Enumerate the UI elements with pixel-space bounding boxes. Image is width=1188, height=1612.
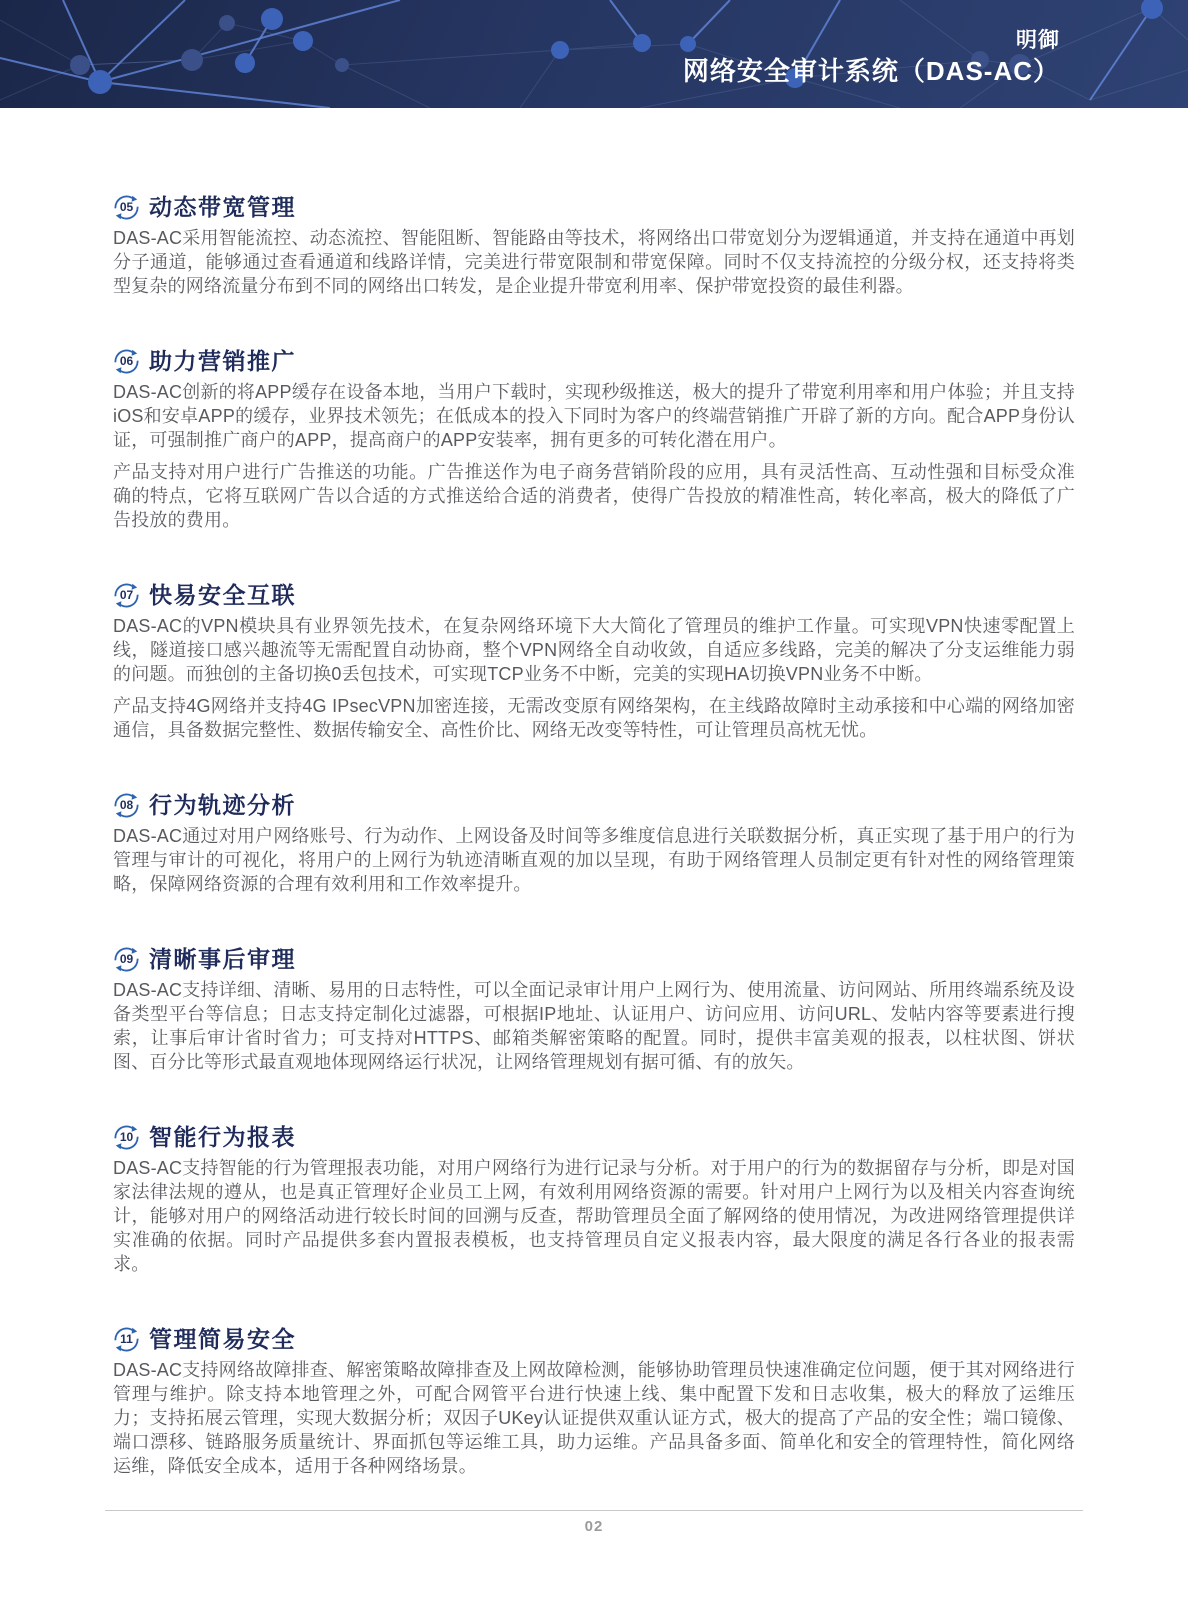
section-paragraph: DAS-AC支持智能的行为管理报表功能，对用户网络行为进行记录与分析。对于用户的… <box>113 1156 1075 1276</box>
section-paragraph: DAS-AC通过对用户网络账号、行为动作、上网设备及时间等多维度信息进行关联数据… <box>113 824 1075 896</box>
section-title: 智能行为报表 <box>149 1122 296 1152</box>
page-footer: 02 <box>0 1510 1188 1535</box>
section-title: 助力营销推广 <box>149 346 296 376</box>
footer-divider <box>105 1510 1083 1511</box>
section-heading-row: 10 智能行为报表 <box>113 1122 1075 1152</box>
section-paragraph: 产品支持4G网络并支持4G IPsecVPN加密连接，无需改变原有网络架构，在主… <box>113 694 1075 742</box>
section-post-audit: 09 清晰事后审理 DAS-AC支持详细、清晰、易用的日志特性，可以全面记录审计… <box>113 944 1075 1074</box>
section-heading-row: 09 清晰事后审理 <box>113 944 1075 974</box>
section-easy-management: 11 管理简易安全 DAS-AC支持网络故障排查、解密策略故障排查及上网故障检测… <box>113 1324 1075 1478</box>
section-number-badge: 08 <box>113 792 140 819</box>
section-title: 清晰事后审理 <box>149 944 296 974</box>
section-heading-row: 07 快易安全互联 <box>113 580 1075 610</box>
section-number: 07 <box>120 589 133 601</box>
section-number: 11 <box>120 1333 133 1345</box>
section-behavior-trace: 08 行为轨迹分析 DAS-AC通过对用户网络账号、行为动作、上网设备及时间等多… <box>113 790 1075 896</box>
section-number-badge: 09 <box>113 946 140 973</box>
product-title: 网络安全审计系统（DAS-AC） <box>683 54 1060 88</box>
page-header-banner: 明御 网络安全审计系统（DAS-AC） <box>0 0 1188 108</box>
section-paragraph: 产品支持对用户进行广告推送的功能。广告推送作为电子商务营销阶段的应用，具有灵活性… <box>113 460 1075 532</box>
brand-name: 明御 <box>1016 28 1060 54</box>
section-heading-row: 05 动态带宽管理 <box>113 192 1075 222</box>
section-title: 管理简易安全 <box>149 1324 296 1354</box>
header-title-block: 明御 网络安全审计系统（DAS-AC） <box>683 0 1060 108</box>
section-number-badge: 05 <box>113 194 140 221</box>
section-paragraph: DAS-AC支持详细、清晰、易用的日志特性，可以全面记录审计用户上网行为、使用流… <box>113 978 1075 1074</box>
section-number-badge: 10 <box>113 1124 140 1151</box>
content-area: 05 动态带宽管理 DAS-AC采用智能流控、动态流控、智能阻断、智能路由等技术… <box>0 108 1188 1478</box>
section-number-badge: 07 <box>113 582 140 609</box>
section-number: 05 <box>120 201 133 213</box>
section-number-badge: 06 <box>113 348 140 375</box>
section-dynamic-bandwidth: 05 动态带宽管理 DAS-AC采用智能流控、动态流控、智能阻断、智能路由等技术… <box>113 192 1075 298</box>
section-paragraph: DAS-AC支持网络故障排查、解密策略故障排查及上网故障检测，能够协助管理员快速… <box>113 1358 1075 1478</box>
brochure-page: 明御 网络安全审计系统（DAS-AC） 05 <box>0 0 1188 1612</box>
section-heading-row: 06 助力营销推广 <box>113 346 1075 376</box>
section-paragraph: DAS-AC创新的将APP缓存在设备本地，当用户下载时，实现秒级推送，极大的提升… <box>113 380 1075 452</box>
section-number: 09 <box>120 953 133 965</box>
section-marketing-promotion: 06 助力营销推广 DAS-AC创新的将APP缓存在设备本地，当用户下载时，实现… <box>113 346 1075 532</box>
section-number: 08 <box>120 799 133 811</box>
section-number: 06 <box>120 355 133 367</box>
section-secure-interconnect: 07 快易安全互联 DAS-AC的VPN模块具有业界领先技术，在复杂网络环境下大… <box>113 580 1075 742</box>
section-paragraph: DAS-AC的VPN模块具有业界领先技术，在复杂网络环境下大大简化了管理员的维护… <box>113 614 1075 686</box>
section-smart-reports: 10 智能行为报表 DAS-AC支持智能的行为管理报表功能，对用户网络行为进行记… <box>113 1122 1075 1276</box>
section-title: 行为轨迹分析 <box>149 790 296 820</box>
section-number-badge: 11 <box>113 1326 140 1353</box>
section-title: 快易安全互联 <box>149 580 296 610</box>
page-number: 02 <box>0 1518 1188 1535</box>
section-number: 10 <box>120 1131 133 1143</box>
section-heading-row: 11 管理简易安全 <box>113 1324 1075 1354</box>
section-paragraph: DAS-AC采用智能流控、动态流控、智能阻断、智能路由等技术，将网络出口带宽划分… <box>113 226 1075 298</box>
section-heading-row: 08 行为轨迹分析 <box>113 790 1075 820</box>
section-title: 动态带宽管理 <box>149 192 296 222</box>
